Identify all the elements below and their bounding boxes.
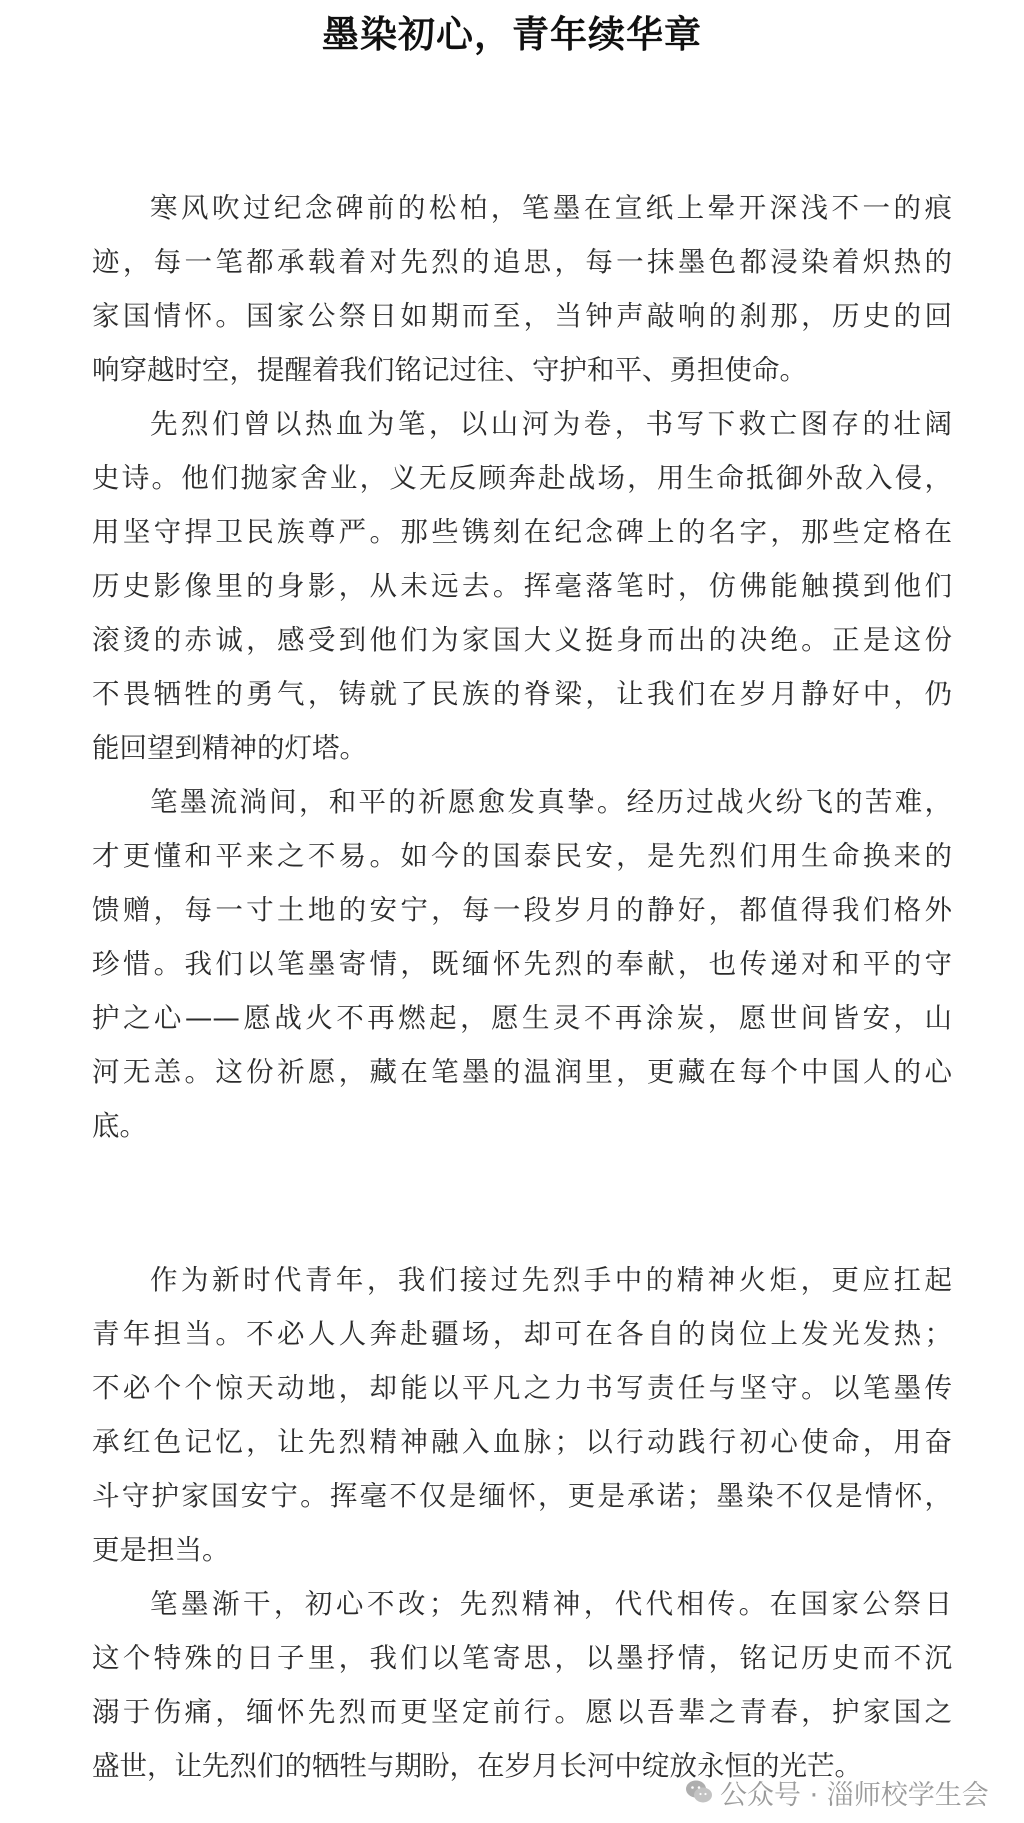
paragraph-line: 更是担当。 xyxy=(92,1530,952,1570)
paragraph-line: 历史影像里的身影，从未远去。挥毫落笔时，仿佛能触摸到他们 xyxy=(92,566,952,606)
paragraph-line: 用坚守捍卫民族尊严。那些镌刻在纪念碑上的名字，那些定格在 xyxy=(92,512,952,552)
paragraph-line: 笔墨流淌间，和平的祈愿愈发真挚。经历过战火纷飞的苦难， xyxy=(150,782,952,822)
paragraph-line: 承红色记忆，让先烈精神融入血脉；以行动践行初心使命，用奋 xyxy=(92,1422,952,1462)
paragraph-line: 斗守护家国安宁。挥毫不仅是缅怀，更是承诺；墨染不仅是情怀， xyxy=(92,1476,952,1516)
paragraph-line: 珍惜。我们以笔墨寄情，既缅怀先烈的奉献，也传递对和平的守 xyxy=(92,944,952,984)
paragraph-line: 家国情怀。国家公祭日如期而至，当钟声敲响的刹那，历史的回 xyxy=(92,296,952,336)
paragraph-line: 先烈们曾以热血为笔，以山河为卷，书写下救亡图存的壮阔 xyxy=(150,404,952,444)
paragraph-line: 护之心——愿战火不再燃起，愿生灵不再涂炭，愿世间皆安，山 xyxy=(92,998,952,1038)
watermark: 公众号 · 淄师校学生会 xyxy=(684,1772,989,1812)
paragraph-line: 溺于伤痛，缅怀先烈而更坚定前行。愿以吾辈之青春，护家国之 xyxy=(92,1692,952,1732)
paragraph-line: 响穿越时空，提醒着我们铭记过往、守护和平、勇担使命。 xyxy=(92,350,952,390)
paragraph-line: 笔墨渐干，初心不改；先烈精神，代代相传。在国家公祭日 xyxy=(150,1584,952,1624)
paragraph-line: 底。 xyxy=(92,1106,952,1146)
watermark-label: 公众号 · 淄师校学生会 xyxy=(720,1773,989,1812)
paragraph-line: 这个特殊的日子里，我们以笔寄思，以墨抒情，铭记历史而不沉 xyxy=(92,1638,952,1678)
paragraph-line: 滚烫的赤诚，感受到他们为家国大义挺身而出的决绝。正是这份 xyxy=(92,620,952,660)
paragraph-line: 能回望到精神的灯塔。 xyxy=(92,728,952,768)
wechat-icon xyxy=(684,1777,714,1807)
paragraph-line: 史诗。他们抛家舍业，义无反顾奔赴战场，用生命抵御外敌入侵， xyxy=(92,458,952,498)
paragraph-line: 寒风吹过纪念碑前的松柏，笔墨在宣纸上晕开深浅不一的痕 xyxy=(150,188,952,228)
article-title: 墨染初心，青年续华章 xyxy=(0,8,1024,60)
paragraph-line: 河无恙。这份祈愿，藏在笔墨的温润里，更藏在每个中国人的心 xyxy=(92,1052,952,1092)
paragraph-line: 作为新时代青年，我们接过先烈手中的精神火炬，更应扛起 xyxy=(150,1260,952,1300)
paragraph-line: 才更懂和平来之不易。如今的国泰民安，是先烈们用生命换来的 xyxy=(92,836,952,876)
paragraph-line: 迹，每一笔都承载着对先烈的追思，每一抹墨色都浸染着炽热的 xyxy=(92,242,952,282)
paragraph-line: 不必个个惊天动地，却能以平凡之力书写责任与坚守。以笔墨传 xyxy=(92,1368,952,1408)
paragraph-line: 青年担当。不必人人奔赴疆场，却可在各自的岗位上发光发热； xyxy=(92,1314,952,1354)
paragraph-line: 不畏牺牲的勇气，铸就了民族的脊梁，让我们在岁月静好中，仍 xyxy=(92,674,952,714)
paragraph-line: 馈赠，每一寸土地的安宁，每一段岁月的静好，都值得我们格外 xyxy=(92,890,952,930)
